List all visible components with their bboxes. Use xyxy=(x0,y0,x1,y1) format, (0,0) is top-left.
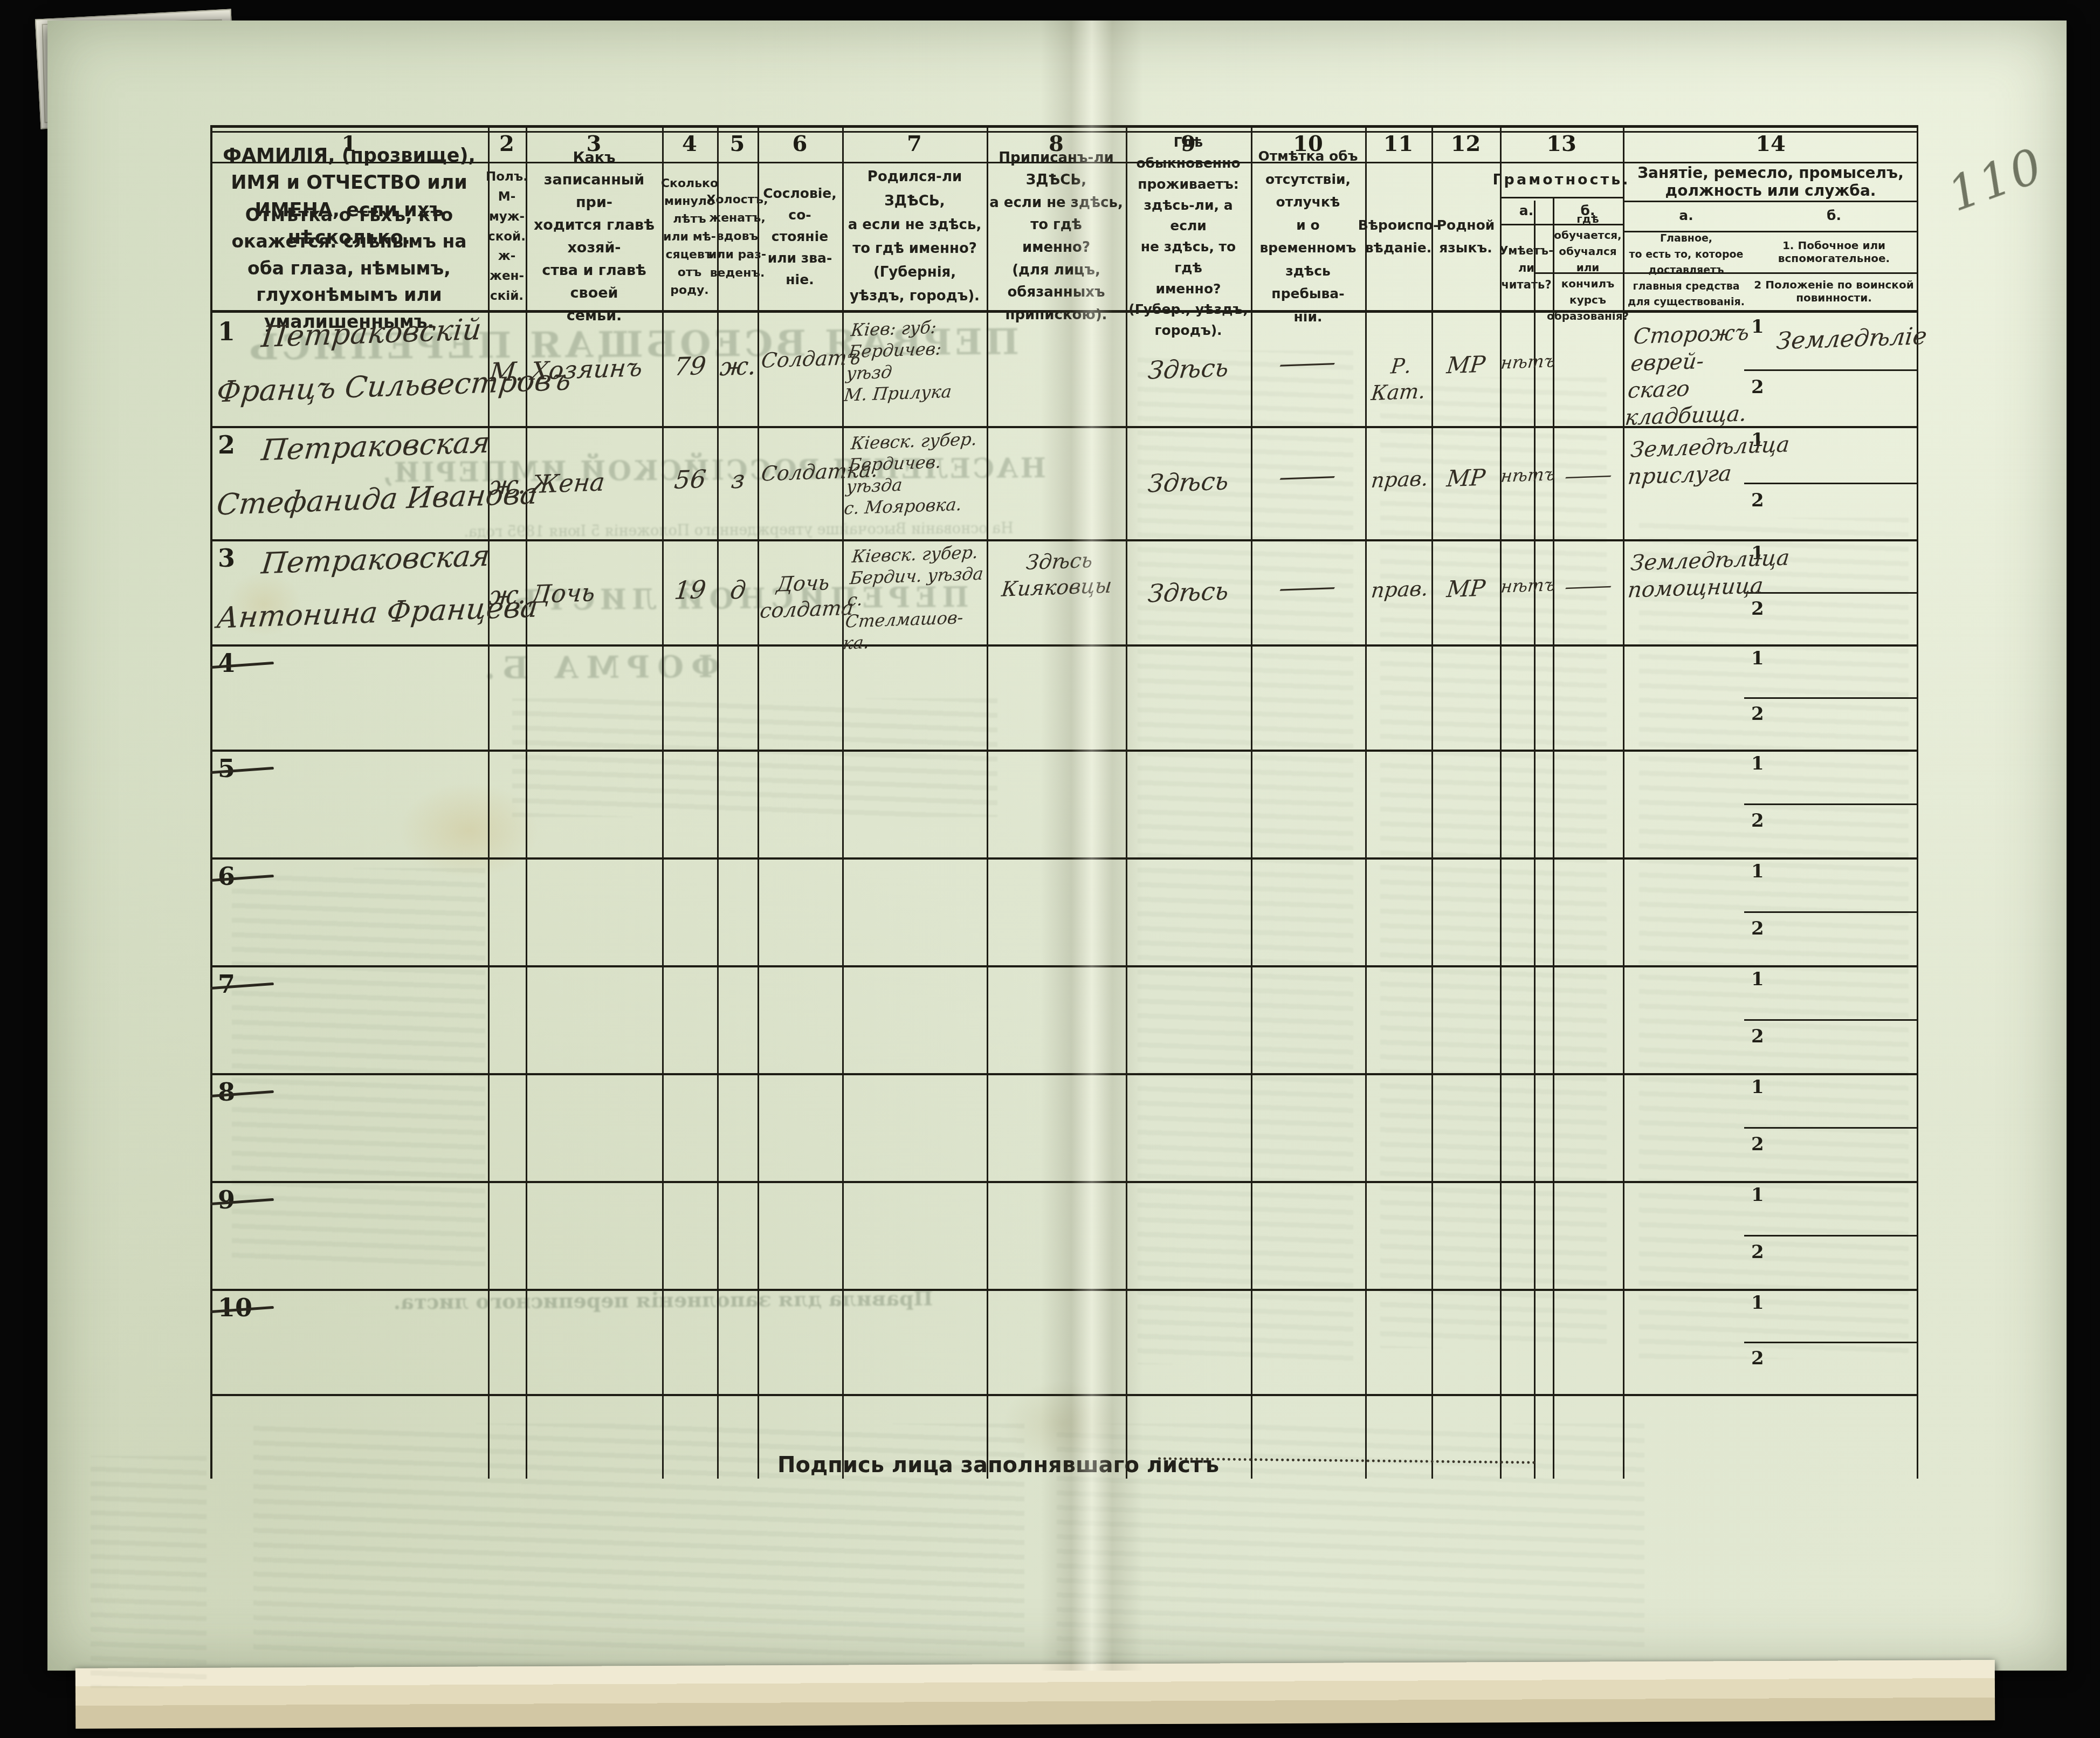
cell-main-occupation: Земледѣлица прислуга xyxy=(1627,432,1746,491)
side-occupation-2-label: 2 xyxy=(1751,703,1764,725)
cell-estate xyxy=(761,1212,842,1214)
cell-sex xyxy=(489,684,525,685)
row-number: 9 xyxy=(218,1185,235,1214)
cell-language: МР xyxy=(1431,350,1500,381)
cell-religion xyxy=(1367,1325,1432,1328)
cell-main-occupation: Сторожъ еврей- скаго кладбища. xyxy=(1624,319,1750,431)
cell-side-occupation xyxy=(1777,435,1914,440)
cell-military-status xyxy=(1777,598,1914,603)
cell-language xyxy=(1433,1001,1499,1003)
side-occupation-2-label: 2 xyxy=(1751,1026,1764,1047)
cell-residence xyxy=(1127,894,1250,898)
signature-label: Подпись лица заполнявшаго листъ xyxy=(777,1453,1219,1478)
cell-age: 56 xyxy=(663,464,718,497)
cell-education xyxy=(1555,891,1622,893)
cell-sex: ж. xyxy=(487,579,526,613)
cell-residence: Здѣсь xyxy=(1125,351,1251,387)
row-number: 5 xyxy=(218,754,235,783)
cell-absence: — xyxy=(1250,345,1364,381)
cell-residence: Здѣсь xyxy=(1125,575,1251,610)
cell-registration xyxy=(992,1296,1124,1301)
cell-registration xyxy=(992,973,1124,978)
cell-absence: — xyxy=(1250,458,1364,494)
row-number: 8 xyxy=(218,1077,235,1107)
cell-education xyxy=(1555,677,1622,679)
side-occupation-1-label: 1 xyxy=(1751,648,1764,669)
row-number: 6 xyxy=(218,862,235,891)
cell-estate xyxy=(761,1319,842,1322)
page-stack-bottom xyxy=(75,1660,1995,1729)
row-number: 1 xyxy=(218,317,235,346)
side-occupation-1-label: 1 xyxy=(1751,861,1764,882)
side-occupation-divider xyxy=(1744,483,1918,484)
side-occupation-1-label: 1 xyxy=(1751,1184,1764,1206)
cell-education xyxy=(1555,1107,1622,1109)
side-occupation-2-label: 2 xyxy=(1751,376,1764,398)
cell-birthplace xyxy=(848,1291,983,1296)
cell-can-read xyxy=(1501,1217,1553,1218)
cell-age xyxy=(664,1217,716,1218)
cell-residence xyxy=(1127,1110,1250,1114)
cell-relation xyxy=(531,1110,660,1114)
side-occupation-2-label: 2 xyxy=(1751,918,1764,939)
cell-absence xyxy=(1252,674,1362,678)
cell-absence xyxy=(1252,780,1362,784)
cell-religion: прав. xyxy=(1366,465,1434,493)
cell-registration: Здѣсь Кияковцы xyxy=(989,547,1127,603)
cell-residence xyxy=(1127,786,1250,791)
side-occupation-1-label: 1 xyxy=(1751,1292,1764,1314)
cell-education xyxy=(1555,783,1622,785)
side-occupation-2-label: 2 xyxy=(1751,810,1764,832)
cell-can-read: нѣтъ xyxy=(1500,351,1554,374)
table-row: 6 1 2 xyxy=(210,857,1918,965)
cell-birthplace xyxy=(848,1075,983,1080)
side-occupation-1-label: 1 xyxy=(1751,316,1764,338)
cell-can-read xyxy=(1501,785,1553,787)
side-occupation-1-label: 1 xyxy=(1751,753,1764,774)
cell-birthplace: Кіевск. губер. Бердич. уѣзда с. Стелмашо… xyxy=(842,541,989,654)
cell-birthplace xyxy=(848,860,983,864)
cell-estate: Дочь солдата xyxy=(759,569,845,624)
cell-estate xyxy=(761,1104,842,1107)
cell-age: 79 xyxy=(663,351,718,383)
cell-language xyxy=(1433,1323,1499,1325)
cell-education xyxy=(1555,1214,1622,1217)
cell-absence xyxy=(1252,1211,1362,1215)
cell-main-occupation xyxy=(1629,756,1744,760)
cell-side-occupation xyxy=(1777,1297,1914,1302)
cell-religion xyxy=(1367,1111,1432,1113)
cell-relation xyxy=(531,680,660,684)
row-number: 10 xyxy=(218,1293,252,1322)
cell-military-status xyxy=(1777,1134,1914,1138)
side-occupation-divider xyxy=(1744,369,1918,371)
cell-language xyxy=(1433,679,1499,681)
cell-main-occupation xyxy=(1629,864,1744,868)
cell-side-occupation xyxy=(1777,652,1914,657)
cell-language: МР xyxy=(1431,574,1500,604)
cell-religion: прав. xyxy=(1366,576,1434,604)
side-occupation-1-label: 1 xyxy=(1751,1076,1764,1098)
cell-sex: М. xyxy=(487,355,526,389)
cell-age xyxy=(664,1109,716,1110)
cell-can-read xyxy=(1501,679,1553,681)
cell-side-occupation xyxy=(1777,1082,1914,1087)
cell-military-status xyxy=(1777,489,1914,494)
table-row: 5 1 2 xyxy=(210,750,1918,857)
cell-registration xyxy=(992,1189,1124,1193)
cell-sex xyxy=(489,1328,525,1329)
cell-registration xyxy=(992,652,1124,657)
cell-side-occupation: Земледѣліе xyxy=(1775,321,1916,356)
cell-main-occupation xyxy=(1629,1187,1744,1191)
cell-sex: ж. xyxy=(487,469,526,503)
cell-religion xyxy=(1367,895,1432,897)
cell-registration xyxy=(992,1081,1124,1086)
row-number: 7 xyxy=(218,970,235,999)
table-row: 2 1 2 Петраковская Стефанида Иванова ж. … xyxy=(210,426,1918,539)
photo-background: ПЕРВАЯ ВСЕОБЩАЯ ПЕРЕПИСЬ НАСЕЛЕНІЯ РОССІ… xyxy=(0,0,2100,1738)
cell-relation xyxy=(531,1002,660,1006)
cell-marital-status xyxy=(719,679,757,681)
cell-registration xyxy=(992,434,1124,438)
cell-estate: Солдатъ xyxy=(760,345,844,374)
cell-estate xyxy=(761,996,842,999)
cell-age xyxy=(664,679,716,681)
cell-main-occupation xyxy=(1629,1080,1744,1083)
cell-sex xyxy=(489,790,525,791)
cell-residence xyxy=(1127,680,1250,684)
cell-marital-status xyxy=(719,1001,757,1002)
cell-can-read xyxy=(1501,1109,1553,1110)
table-row: 7 1 2 xyxy=(210,965,1918,1073)
cell-age xyxy=(664,785,716,787)
cell-marital-status: д xyxy=(718,574,759,607)
side-occupation-divider xyxy=(1744,1342,1918,1343)
cell-birthplace: Кіев: губ: Бердичев: уѣзд М. Прилука xyxy=(843,314,988,406)
cell-absence: — xyxy=(1250,569,1364,605)
cell-estate: Солдатка. xyxy=(760,458,844,487)
cell-registration xyxy=(992,757,1124,762)
cell-absence xyxy=(1252,1103,1362,1107)
cell-education xyxy=(1555,348,1622,350)
table-row: 4 1 2 xyxy=(210,644,1918,750)
side-occupation-divider xyxy=(1744,592,1918,594)
cell-marital-status xyxy=(719,894,757,895)
cell-relation xyxy=(531,894,660,898)
cell-age xyxy=(664,1324,716,1325)
table-row: 3 1 2 Петраковская Антонина Францева ж. … xyxy=(210,539,1918,644)
cell-relation xyxy=(531,1218,660,1222)
cell-sex xyxy=(489,1114,525,1115)
cell-military-status xyxy=(1777,918,1914,923)
table-row: 1 1 2 Петраковскій Францъ Сильвестровъ М… xyxy=(210,313,1918,426)
cell-language xyxy=(1433,1109,1499,1111)
cell-relation: Дочь xyxy=(529,575,662,610)
cell-birthplace xyxy=(848,1183,983,1188)
side-occupation-2-label: 2 xyxy=(1751,598,1764,620)
row-number: 2 xyxy=(218,430,235,459)
cell-marital-status: з xyxy=(718,464,759,496)
cell-surname: Петраковская xyxy=(260,424,492,469)
cell-absence xyxy=(1252,888,1362,891)
cell-marital-status xyxy=(719,786,757,787)
table-body-rows: 1 1 2 Петраковскій Францъ Сильвестровъ М… xyxy=(210,125,1918,1479)
cell-relation xyxy=(531,1324,660,1329)
cell-surname: Петраковская xyxy=(260,537,492,582)
cell-side-occupation xyxy=(1777,866,1914,871)
cell-side-occupation xyxy=(1777,1190,1914,1194)
cell-side-occupation xyxy=(1777,758,1914,763)
cell-registration xyxy=(992,320,1124,325)
cell-marital-status xyxy=(719,1324,757,1325)
cell-marital-status xyxy=(719,1217,757,1218)
cell-language: МР xyxy=(1431,463,1500,494)
cell-main-occupation: Земледѣлица помощница xyxy=(1627,546,1746,604)
side-occupation-divider xyxy=(1744,1019,1918,1021)
cell-relation: Жена xyxy=(529,464,662,500)
cell-religion xyxy=(1367,787,1432,789)
cell-can-read: нѣтъ xyxy=(1500,464,1554,487)
cell-language xyxy=(1433,785,1499,787)
cell-age: 19 xyxy=(663,574,718,607)
cell-estate xyxy=(761,675,842,677)
cell-sex xyxy=(489,898,525,899)
cell-language xyxy=(1433,893,1499,895)
cell-main-occupation xyxy=(1629,1295,1744,1299)
side-occupation-2-label: 2 xyxy=(1751,1241,1764,1263)
cell-military-status xyxy=(1777,810,1914,815)
cell-military-status xyxy=(1777,1026,1914,1031)
cell-can-read xyxy=(1501,893,1553,895)
cell-estate xyxy=(761,780,842,783)
cell-surname: Петраковскій xyxy=(260,311,484,355)
cell-religion: Р. Кат. xyxy=(1365,352,1435,406)
cell-age xyxy=(664,893,716,895)
cell-military-status xyxy=(1777,376,1914,381)
cell-education xyxy=(1555,1321,1622,1323)
cell-education: — xyxy=(1553,461,1623,491)
cell-residence xyxy=(1127,1324,1250,1329)
side-occupation-2-label: 2 xyxy=(1751,1348,1764,1369)
table-row: 9 1 2 xyxy=(210,1181,1918,1289)
cell-military-status xyxy=(1777,1241,1914,1246)
row-number: 3 xyxy=(218,544,235,573)
cell-relation xyxy=(531,786,660,791)
cell-education xyxy=(1555,999,1622,1001)
cell-main-occupation xyxy=(1629,651,1744,655)
row-number: 4 xyxy=(218,649,235,678)
cell-can-read xyxy=(1501,1001,1553,1002)
side-occupation-divider xyxy=(1744,697,1918,699)
side-occupation-2-label: 2 xyxy=(1751,1134,1764,1155)
cell-education: — xyxy=(1553,572,1623,601)
cell-residence xyxy=(1127,1002,1250,1006)
cell-language xyxy=(1433,1217,1499,1219)
side-occupation-2-label: 2 xyxy=(1751,490,1764,511)
side-occupation-divider xyxy=(1744,803,1918,805)
cell-marital-status: ж. xyxy=(718,351,759,383)
cell-absence xyxy=(1252,1318,1362,1322)
cell-residence: Здѣсь xyxy=(1125,464,1251,500)
side-occupation-divider xyxy=(1744,911,1918,913)
table-row: 8 1 2 xyxy=(210,1073,1918,1181)
cell-sex xyxy=(489,1006,525,1007)
cell-religion xyxy=(1367,1003,1432,1005)
cell-birthplace xyxy=(848,967,983,972)
cell-sex xyxy=(489,1221,525,1222)
cell-religion xyxy=(1367,681,1432,683)
cell-birthplace xyxy=(848,752,983,757)
cell-absence xyxy=(1252,995,1362,999)
side-occupation-divider xyxy=(1744,1235,1918,1236)
side-occupation-1-label: 1 xyxy=(1751,968,1764,990)
cell-side-occupation xyxy=(1777,974,1914,979)
cell-birthplace: Кіевск. губер. Бердичев. уѣзда с. Мояров… xyxy=(843,428,988,519)
cell-birthplace xyxy=(848,647,983,651)
cell-military-status xyxy=(1777,1348,1914,1352)
side-occupation-divider xyxy=(1744,1127,1918,1129)
cell-age xyxy=(664,1001,716,1002)
cell-registration xyxy=(992,865,1124,870)
cell-military-status xyxy=(1777,703,1914,708)
cell-relation: Хозяинъ xyxy=(529,351,662,387)
cell-side-occupation xyxy=(1777,547,1914,552)
cell-can-read xyxy=(1501,1324,1553,1325)
cell-marital-status xyxy=(719,1109,757,1110)
cell-residence xyxy=(1127,1218,1250,1222)
cell-can-read: нѣтъ xyxy=(1500,574,1554,598)
cell-main-occupation xyxy=(1629,972,1744,976)
cell-estate xyxy=(761,888,842,891)
table-row: 10 1 2 xyxy=(210,1289,1918,1394)
cell-religion xyxy=(1367,1219,1432,1221)
